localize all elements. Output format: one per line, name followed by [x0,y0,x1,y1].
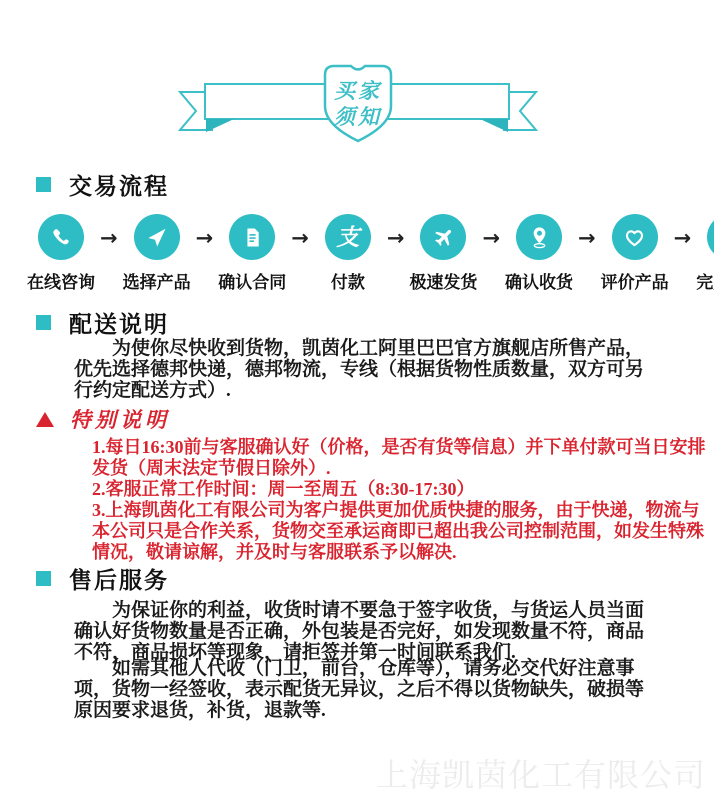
process-step: 完成交易 [691,214,714,293]
process-step: 确认合同 [213,214,291,293]
arrow-right-icon: → [482,226,500,250]
arrow-right-icon: → [196,226,214,250]
process-section-header: 交易流程 [36,168,169,201]
shield-check-icon [707,214,714,260]
square-bullet-icon [36,315,51,330]
shield-text-line2: 须知 [334,105,383,129]
process-step: 支 付款 [309,214,387,293]
special-note-item: 2.客服正常工作时间：周一至周五（8:30-17:30） [92,479,706,500]
buyer-notice-page: 买家 须知 交易流程 在线咨询 → 选择产品 → [0,0,714,800]
special-note-item: 3.上海凯茵化工有限公司为客户提供更加优质快捷的服务，由于快递，物流与本公司只是… [92,500,706,563]
process-step: 在线咨询 [22,214,100,293]
delivery-body-text: 为使你尽快收到货物，凯茵化工阿里巴巴官方旗舰店所售产品，优先选择德邦快递，德邦物… [74,338,650,401]
arrow-right-icon: → [387,226,405,250]
step-label: 确认合同 [213,268,291,293]
after-sales-section-header: 售后服务 [36,562,169,595]
step-label: 极速发货 [404,268,482,293]
arrow-right-icon: → [674,226,692,250]
step-label: 在线咨询 [22,268,100,293]
process-step: 选择产品 [118,214,196,293]
after-sales-section-title: 售后服务 [69,562,169,595]
after-sales-paragraph: 如需其他人代收（门卫，前台，仓库等），请务必交代好注意事项，货物一经签收，表示配… [74,658,654,721]
delivery-section-title: 配送说明 [69,306,169,339]
heart-icon [612,214,658,260]
step-label: 选择产品 [118,268,196,293]
step-label: 完成交易 [691,268,714,293]
alipay-icon: 支 [325,214,371,260]
delivery-section-header: 配送说明 [36,306,169,339]
process-steps-row: 在线咨询 → 选择产品 → 确认合同 → 支 [22,214,692,293]
special-section-header: 特别说明 [36,404,170,434]
after-sales-paragraph: 为保证你的利益，收货时请不要急于签字收货，与货运人员当面确认好货物数量是否正确，… [74,600,654,663]
special-note-item: 1.每日16:30前与客服确认好（价格，是否有货等信息）并下单付款可当日安排发货… [92,437,706,479]
step-label: 付款 [309,268,387,293]
arrow-right-icon: → [291,226,309,250]
company-watermark: 上海凯茵化工有限公司 [376,750,706,796]
step-label: 评价产品 [596,268,674,293]
triangle-bullet-icon [36,412,54,427]
document-icon [229,214,275,260]
special-section-title: 特别说明 [70,404,170,434]
airplane-icon [420,214,466,260]
arrow-right-icon: → [578,226,596,250]
location-pin-icon [516,214,562,260]
process-section-title: 交易流程 [69,168,169,201]
special-notes-list: 1.每日16:30前与客服确认好（价格，是否有货等信息）并下单付款可当日安排发货… [92,437,706,563]
arrow-right-icon: → [100,226,118,250]
alipay-glyph: 支 [336,226,359,249]
process-step: 确认收货 [500,214,578,293]
step-label: 确认收货 [500,268,578,293]
shield-text-line1: 买家 [334,79,383,103]
process-step: 评价产品 [596,214,674,293]
cursor-icon [134,214,180,260]
square-bullet-icon [36,177,51,192]
square-bullet-icon [36,571,51,586]
process-step: 极速发货 [404,214,482,293]
phone-icon [38,214,84,260]
buyer-notice-banner: 买家 须知 [172,56,544,152]
ribbon-banner-icon: 买家 须知 [172,56,544,152]
